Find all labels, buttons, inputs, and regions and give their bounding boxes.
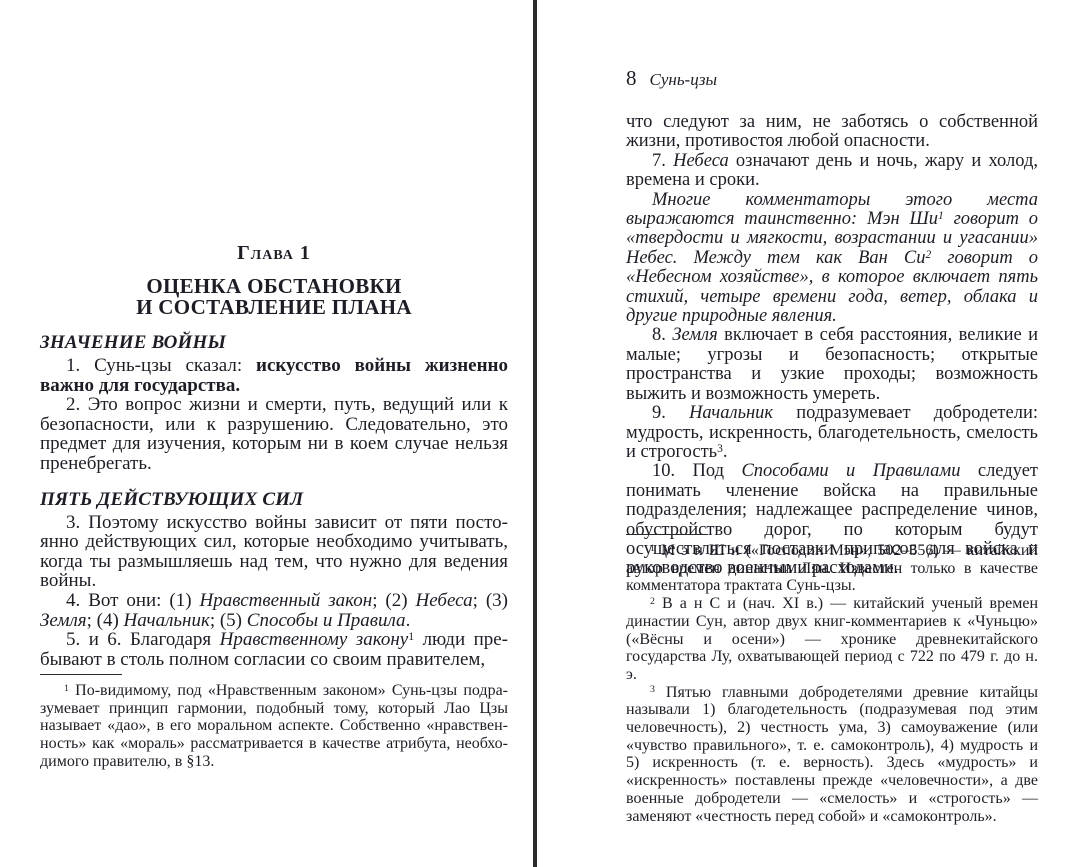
footnote-marker: 2 (926, 249, 932, 261)
text-run: 9. (652, 403, 689, 423)
text-run: 5. и 6. Благодаря (66, 629, 220, 650)
text-run: Начальник (124, 610, 210, 631)
text-run: По-видимому, под «Нравственным законом» … (40, 682, 508, 770)
text-run: что следуют за ним, не заботясь о собств… (626, 112, 1038, 151)
chapter-label: Глава 1 (40, 243, 508, 263)
paragraph: Многие комментаторы этого места выражают… (626, 191, 1038, 327)
text-run: Начальник (689, 403, 773, 423)
text-run: Способами и Правилами (741, 461, 960, 481)
page-header: 8 Сунь-цзы (626, 67, 1038, 90)
text-run: 10. Под (652, 461, 741, 481)
footnote: 1 М э н Ш и («Господин Мэн», 502–556) — … (626, 542, 1038, 595)
footnote-marker: 1 (938, 210, 944, 222)
right-page-footnotes: 1 М э н Ш и («Господин Мэн», 502–556) — … (626, 534, 1038, 825)
paragraph: 3. Поэтому искусство войны зависит от пя… (40, 513, 508, 591)
text-run: Небеса (416, 590, 473, 611)
footnote-marker: 1 (408, 630, 414, 643)
paragraph: 1. Сунь-цзы сказал: искусство войны жизн… (40, 356, 508, 395)
text-run: 3. Поэтому искусство войны зависит от пя… (40, 512, 508, 592)
section-heading: ЗНАЧЕНИЕ ВОЙНЫ (40, 333, 508, 352)
chapter-title: ОЦЕНКА ОБСТАНОВКИ И СОСТАВЛЕНИЕ ПЛАНА (40, 276, 508, 317)
text-run: Нравственному закону (220, 629, 409, 650)
text-run: . (406, 610, 411, 631)
running-title: Сунь-цзы (650, 70, 718, 90)
paragraph: что следуют за ним, не заботясь о собств… (626, 113, 1038, 152)
paragraph: 8. Земля включает в себя расстояния, вел… (626, 326, 1038, 404)
text-run: ; (4) (87, 610, 124, 631)
left-page-body: ЗНАЧЕНИЕ ВОЙНЫ1. Сунь-цзы сказал: искусс… (40, 333, 508, 669)
chapter-title-line: И СОСТАВЛЕНИЕ ПЛАНА (40, 297, 508, 318)
text-run: ; (3) (473, 590, 508, 611)
footnote-marker: 2 (650, 596, 655, 607)
text-run: 8. (652, 325, 672, 345)
text-run: Способы и Правила (247, 610, 406, 631)
text-run: М э н Ш и («Господин Мэн», 502–556) — ки… (626, 542, 1038, 594)
footnote-marker: 1 (64, 683, 69, 694)
right-page-body: что следуют за ним, не заботясь о собств… (626, 113, 1038, 579)
text-run: В а н С и (нач. XI в.) — китайский учены… (626, 595, 1038, 683)
chapter-title-line: ОЦЕНКА ОБСТАНОВКИ (40, 276, 508, 297)
text-run: Небеса (673, 151, 729, 171)
footnote-marker: 3 (717, 443, 723, 455)
text-run: ; (5) (210, 610, 247, 631)
paragraph: 7. Небеса означают день и ночь, жару и х… (626, 152, 1038, 191)
paragraph: 2. Это вопрос жизни и смерти, путь, веду… (40, 395, 508, 473)
text-run: 7. (652, 151, 673, 171)
footnote: 1 По-видимому, под «Нравственным законом… (40, 682, 508, 771)
footnote-rule (40, 674, 122, 675)
text-run: Нравственный закон (200, 590, 373, 611)
section-heading: ПЯТЬ ДЕЙСТВУЮЩИХ СИЛ (40, 490, 508, 509)
footnote: 3 Пятью главными добродетелями древние к… (626, 684, 1038, 826)
paragraph: 5. и 6. Благодаря Нравственному закону1 … (40, 630, 508, 669)
right-page: 8 Сунь-цзы что следуют за ним, не заботя… (626, 0, 1038, 579)
left-page: Глава 1 ОЦЕНКА ОБСТАНОВКИ И СОСТАВЛЕНИЕ … (40, 0, 508, 669)
footnote-rule (626, 534, 708, 535)
page-spine-divider (533, 0, 537, 867)
text-run: 1. Сунь-цзы сказал: (66, 355, 256, 376)
text-run: 4. Вот они: (1) (66, 590, 200, 611)
paragraph: 4. Вот они: (1) Нравственный закон; (2) … (40, 591, 508, 630)
text-run: 2. Это вопрос жизни и смерти, путь, веду… (40, 394, 508, 474)
text-run: Пятью главными добродетелями древние кит… (626, 684, 1038, 825)
text-run: Земля (672, 325, 717, 345)
paragraph: 9. Начальник подразумевает добродетели: … (626, 404, 1038, 462)
text-run: ; (2) (372, 590, 415, 611)
left-page-footnotes: 1 По-видимому, под «Нравственным законом… (40, 674, 508, 771)
footnote: 2 В а н С и (нач. XI в.) — китайский уче… (626, 595, 1038, 684)
text-run: . (723, 442, 728, 462)
footnote-marker: 3 (650, 684, 655, 695)
text-run: Земля (40, 610, 87, 631)
page-number: 8 (626, 67, 637, 89)
footnote-marker: 1 (650, 543, 655, 554)
